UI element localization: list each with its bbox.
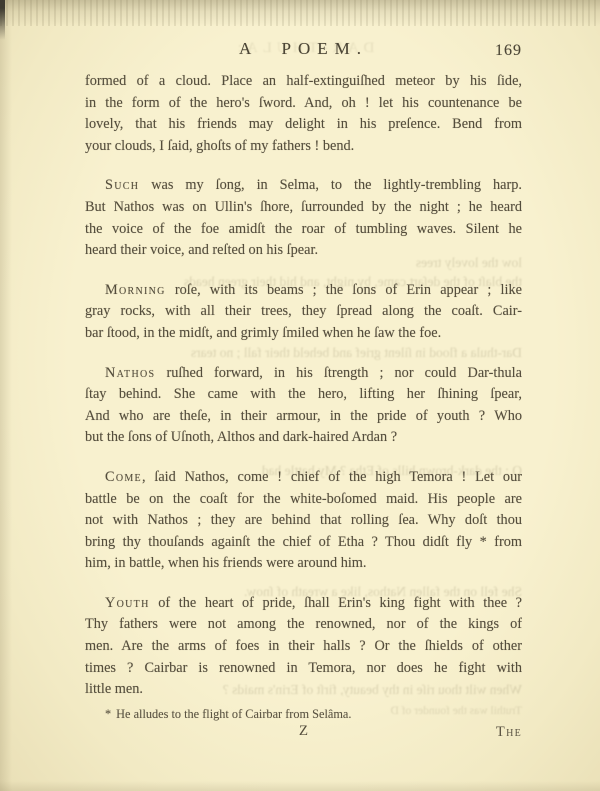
- paragraph: Morning roſe, with its beams ; the ſons …: [85, 280, 522, 345]
- text-line: Morning roſe, with its beams ; the ſons …: [85, 280, 522, 302]
- catchword: The: [496, 724, 522, 741]
- signature-mark: Z: [85, 723, 522, 740]
- paragraph: Such was my ſong, in Selma, to the light…: [85, 175, 522, 261]
- text-line: ſtay behind. She came with the hero, lif…: [85, 384, 522, 406]
- text-line: Such was my ſong, in Selma, to the light…: [85, 175, 522, 197]
- text-line: your clouds, I ſaid, ghoſts of my father…: [85, 136, 522, 158]
- text-line: gray rocks, with all their trees, they ſ…: [85, 301, 522, 323]
- footnote-marker: *: [105, 707, 111, 721]
- text-line: lovely, that his friends may delight in …: [85, 114, 522, 136]
- text-line: formed of a cloud. Place an half-extingu…: [85, 71, 522, 93]
- text-line: times ? Cairbar is renowned in Temora, n…: [85, 658, 522, 680]
- footnote: *He alludes to the flight of Cairbar fro…: [105, 707, 522, 722]
- text-line: Thy fathers were not among the renowned,…: [85, 614, 522, 636]
- text-line: in the form of the hero's ſword. And, oh…: [85, 93, 522, 115]
- scan-left-edge: [0, 0, 12, 791]
- paragraph: Youth of the heart of pride, ſhall Erin'…: [85, 593, 522, 701]
- scanned-book-page: DAR-THULA: low the lovely trees the blaſ…: [0, 0, 600, 791]
- text-line: bar ſtood, in the midſt, and grimly ſmil…: [85, 323, 522, 345]
- text-line: men. Are the arms of foes in their halls…: [85, 636, 522, 658]
- text-line: not with Nathos ; they are behind that r…: [85, 510, 522, 532]
- text-line: bring thy thouſands againſt the chief of…: [85, 532, 522, 554]
- smallcaps-word: Morning: [105, 282, 166, 298]
- text-line: Youth of the heart of pride, ſhall Erin'…: [85, 593, 522, 615]
- text-line: Nathos ruſhed forward, in his ſtrength ;…: [85, 363, 522, 385]
- paragraph: Nathos ruſhed forward, in his ſtrength ;…: [85, 363, 522, 449]
- text-line: battle be on the coaſt for the white-boſ…: [85, 489, 522, 511]
- smallcaps-word: Nathos: [105, 365, 155, 381]
- smallcaps-word: Come: [105, 469, 142, 485]
- running-title: A POEM.: [85, 39, 522, 59]
- text-line: but the ſons of Uſnoth, Althos and dark-…: [85, 427, 522, 449]
- scan-bottom-edge: [0, 781, 600, 791]
- text-line: Come, ſaid Nathos, come ! chief of the h…: [85, 467, 522, 489]
- text-line: the voice of the foe amidſt the roar of …: [85, 219, 522, 241]
- smallcaps-word: Such: [105, 177, 139, 193]
- text-column: formed of a cloud. Place an half-extingu…: [85, 71, 522, 701]
- scan-top-edge: [0, 0, 600, 26]
- text-line: heard their voice, and reſted on his ſpe…: [85, 240, 522, 262]
- scan-corner-shadow: [0, 0, 5, 40]
- footnote-text: He alludes to the flight of Cairbar from…: [116, 707, 351, 721]
- text-line: But Nathos was on Ullin's ſhore, ſurroun…: [85, 197, 522, 219]
- paragraph: Come, ſaid Nathos, come ! chief of the h…: [85, 467, 522, 575]
- text-line: him, in battle, when his friends were ar…: [85, 553, 522, 575]
- smallcaps-word: Youth: [105, 595, 150, 611]
- page-number: 169: [495, 42, 522, 60]
- paragraph: formed of a cloud. Place an half-extingu…: [85, 71, 522, 157]
- text-line: little men.: [85, 679, 522, 701]
- text-line: And who are theſe, in their armour, in t…: [85, 406, 522, 428]
